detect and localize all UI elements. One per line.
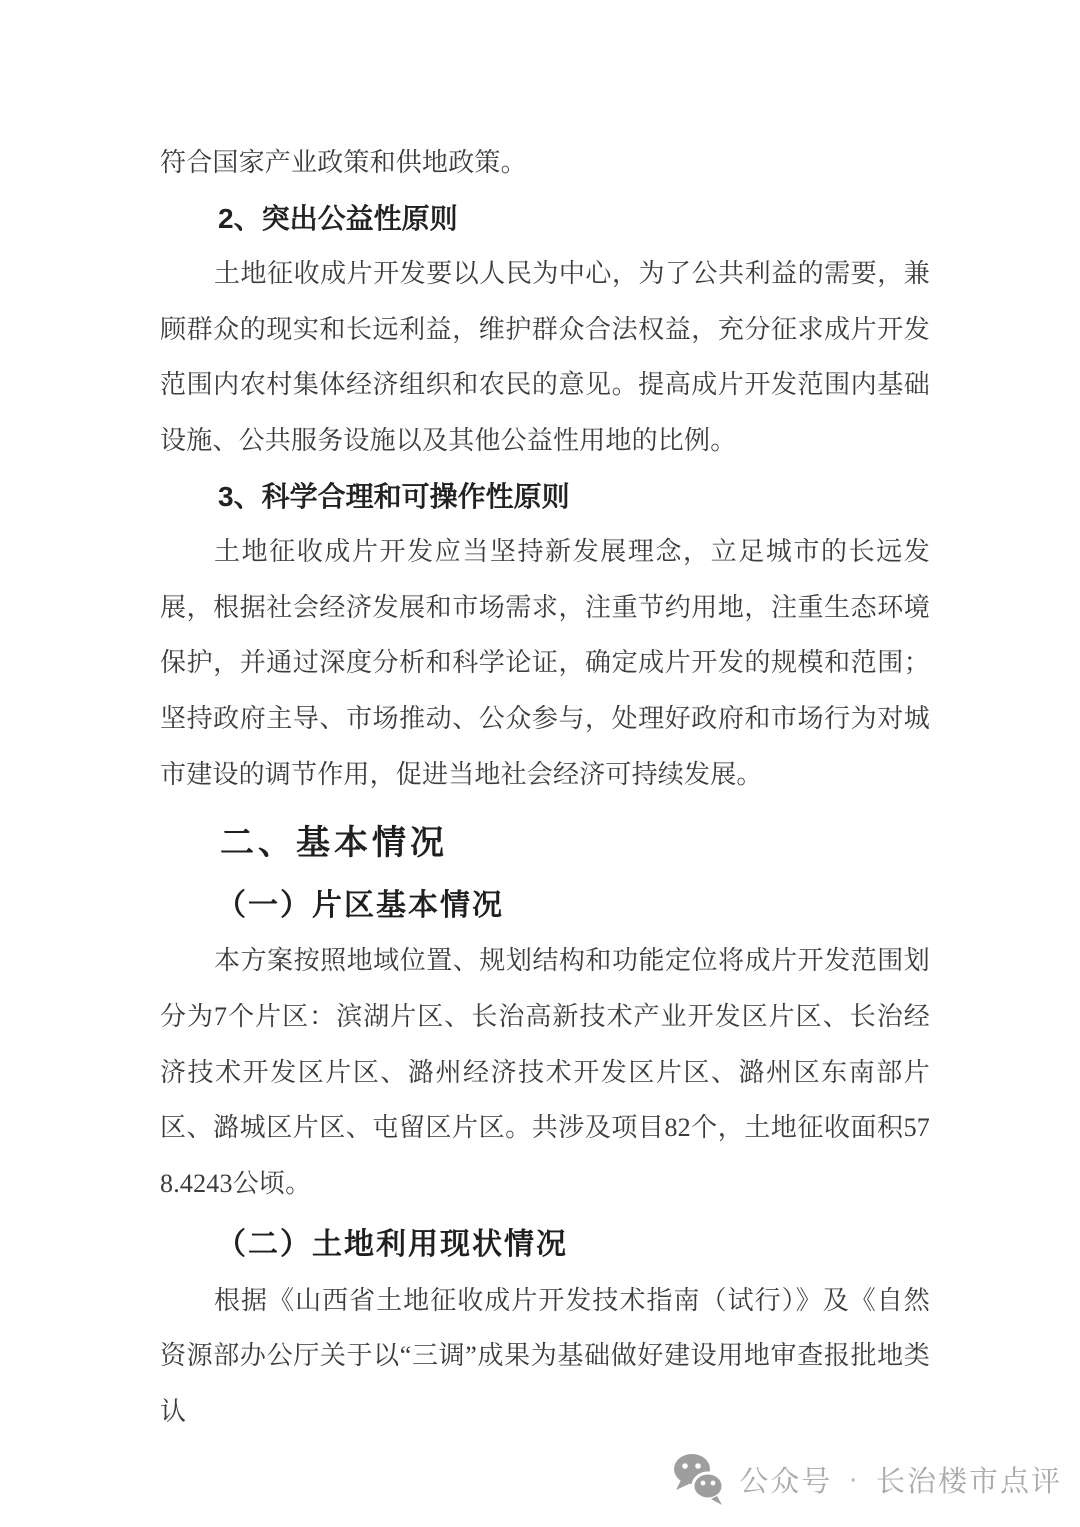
heading-principle-2: 2、突出公益性原则	[160, 191, 930, 247]
paragraph-district-overview: 本方案按照地域位置、规划结构和功能定位将成片开发范围划分为7个片区：滨湖片区、长…	[160, 933, 930, 1211]
document-page: 符合国家产业政策和供地政策。 2、突出公益性原则 土地征收成片开发要以人民为中心…	[0, 0, 1080, 1527]
document-content: 符合国家产业政策和供地政策。 2、突出公益性原则 土地征收成片开发要以人民为中心…	[160, 135, 930, 1440]
wechat-label: 公众号	[739, 1459, 832, 1500]
separator-dot: ·	[844, 1463, 864, 1496]
paragraph-principle-3: 土地征收成片开发应当坚持新发展理念，立足城市的长远发展，根据社会经济发展和市场需…	[160, 524, 930, 802]
paragraph-continuation: 符合国家产业政策和供地政策。	[160, 135, 930, 191]
section-heading-basic-situation: 二、基本情况	[160, 816, 930, 872]
wechat-icon	[671, 1451, 727, 1507]
subsection-heading-district-overview: （一）片区基本情况	[160, 878, 930, 934]
paragraph-land-use-status: 根据《山西省土地征收成片开发技术指南（试行）》及《自然资源部办公厅关于以“三调”…	[160, 1273, 930, 1440]
subsection-heading-land-use-status: （二）土地利用现状情况	[160, 1217, 930, 1273]
paragraph-principle-2: 土地征收成片开发要以人民为中心，为了公共利益的需要，兼顾群众的现实和长远利益，维…	[160, 246, 930, 468]
heading-principle-3: 3、科学合理和可操作性原则	[160, 469, 930, 525]
wechat-watermark: 公众号 · 长治楼市点评	[671, 1451, 1062, 1507]
wechat-account-name: 长治楼市点评	[876, 1459, 1062, 1500]
